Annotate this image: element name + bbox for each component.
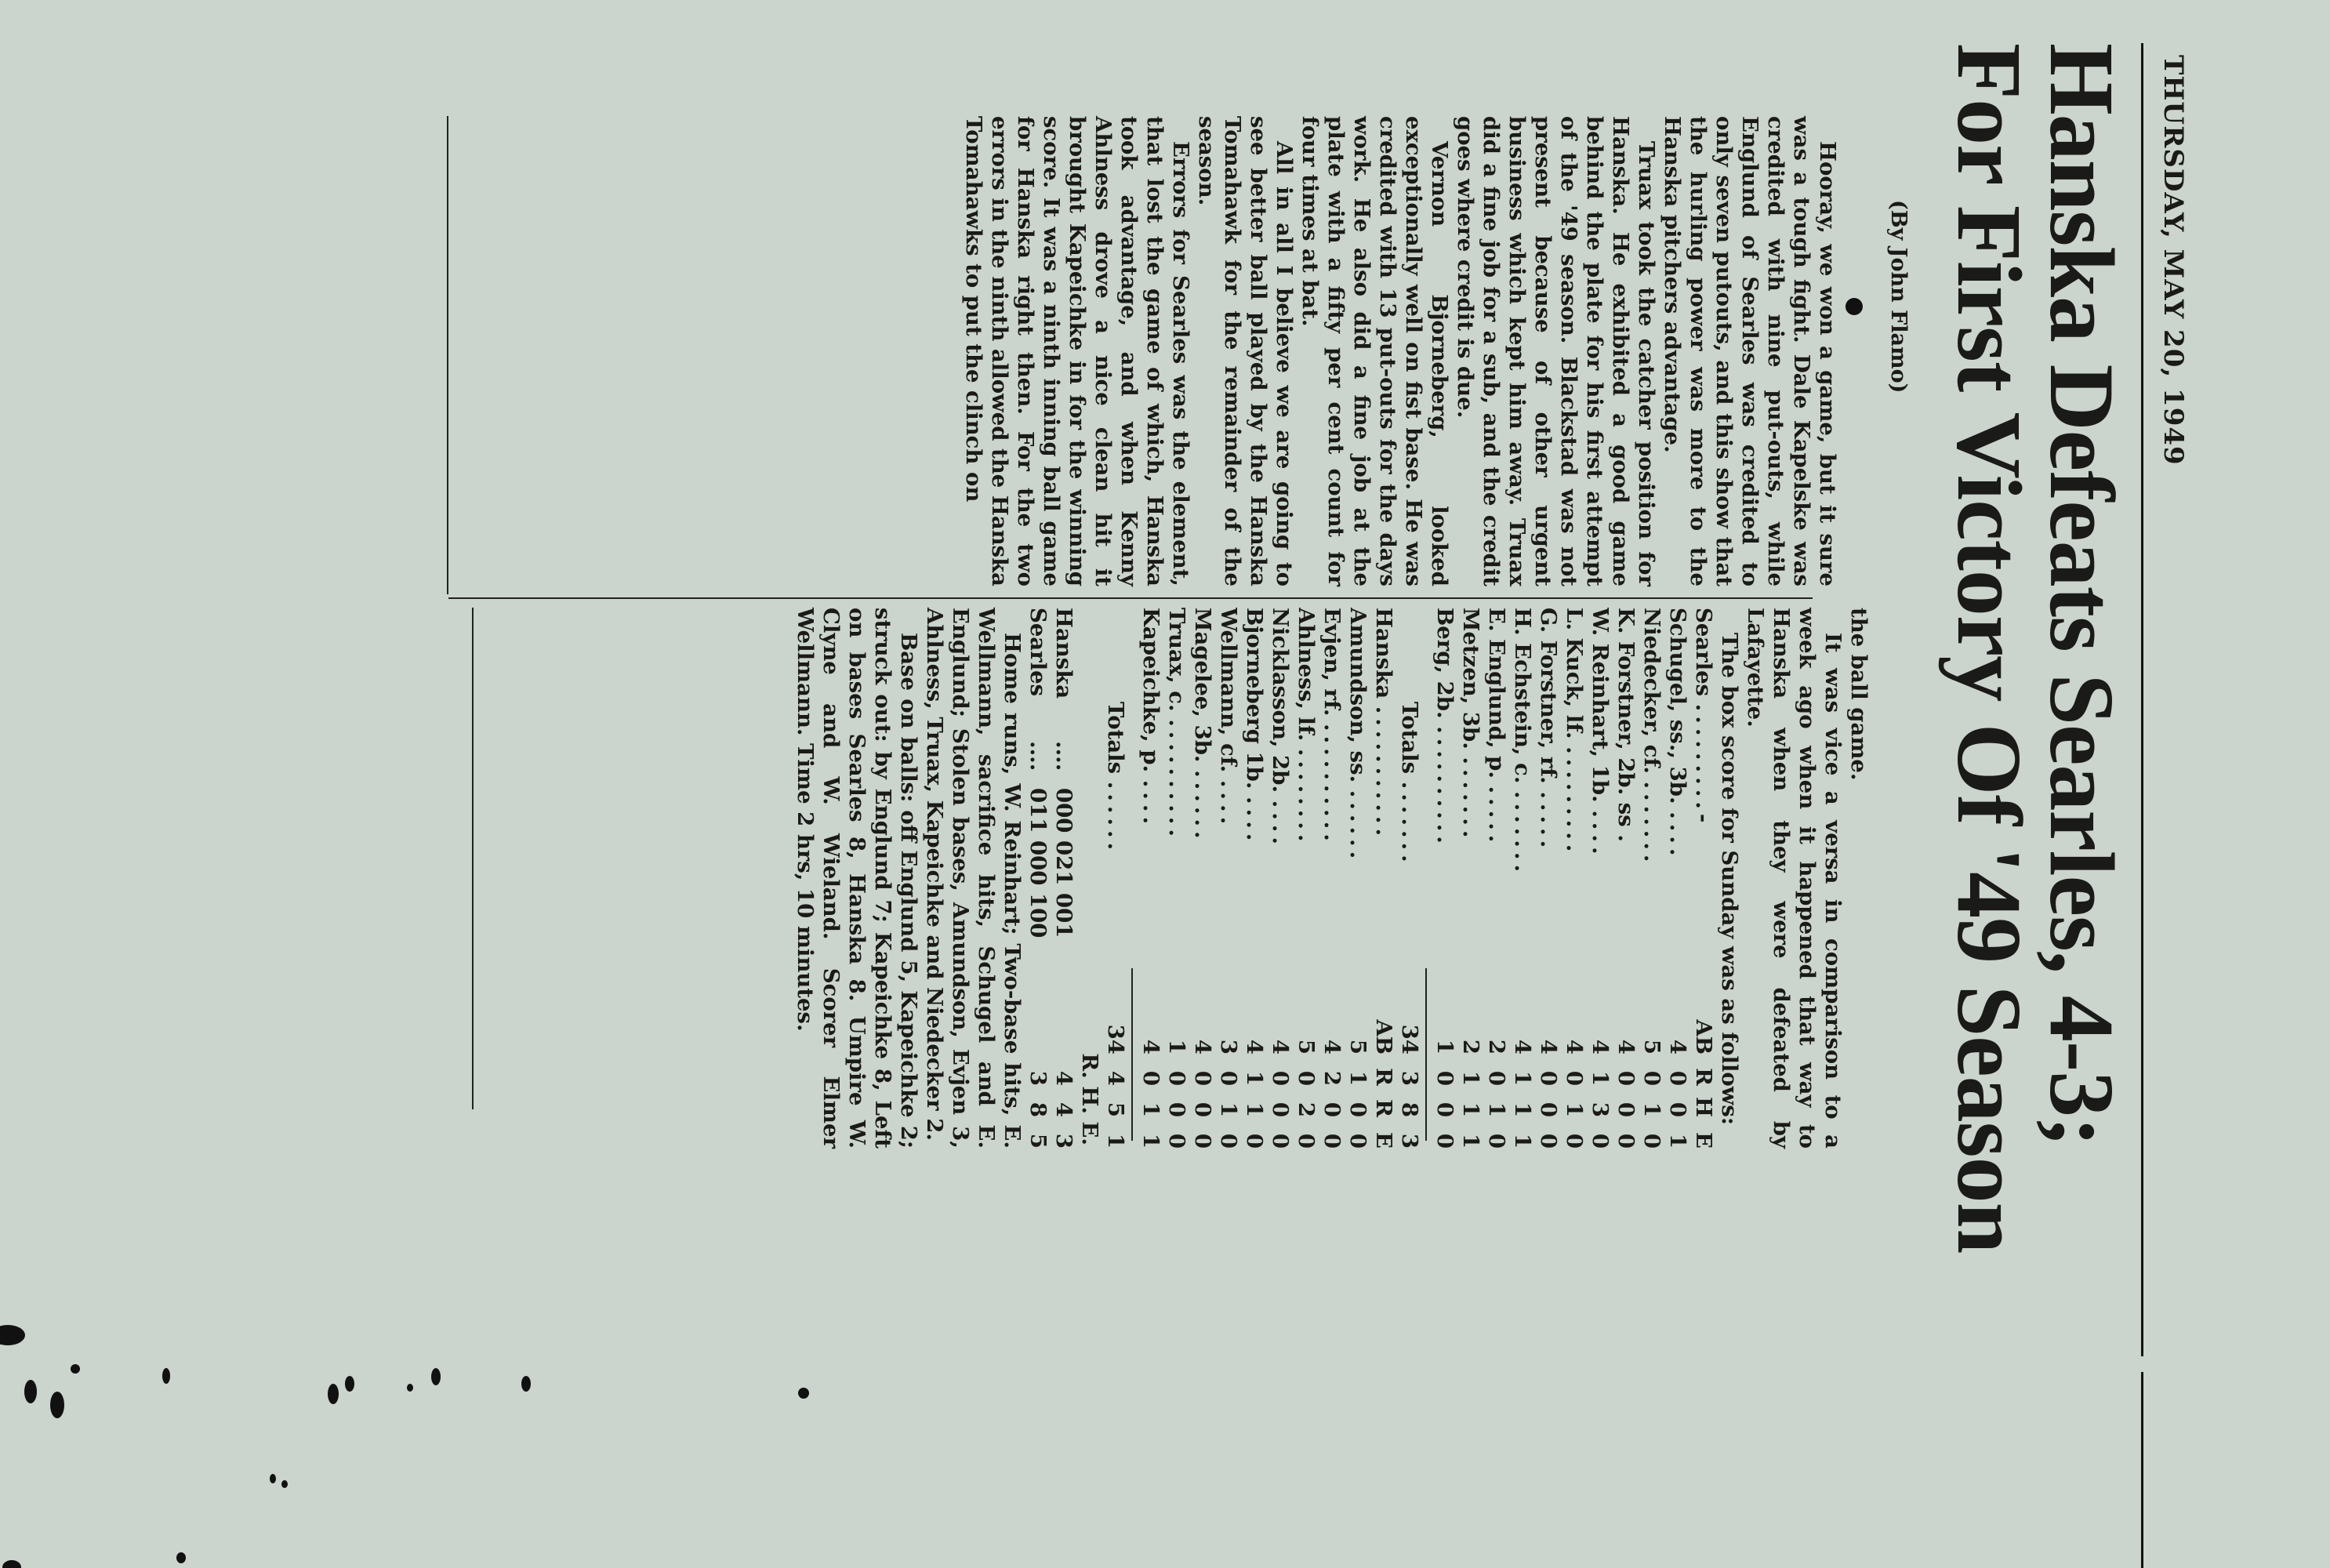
box-row: Evjen, rf. ..........4200 — [1319, 608, 1345, 1149]
box-row: Amundson, ss. ......5100 — [1345, 608, 1370, 1149]
box-row: Bjorneberg 1b. ....4110 — [1241, 608, 1267, 1149]
totals-rule — [1131, 968, 1133, 1141]
dateline: THURSDAY, MAY 20, 1949 — [2158, 55, 2189, 466]
team-name: Hanska ........... — [1370, 608, 1396, 1007]
box-row: Truax, c. ..........1000 — [1163, 608, 1189, 1149]
box-header-row: Hanska ........... AB R R E — [1370, 608, 1396, 1149]
box-row: K. Forstner, 2b. ss .4000 — [1613, 608, 1639, 1149]
headline-line-2: For First Victory Of '49 Season — [1943, 43, 2035, 1568]
line-score-row: Hanska....000 021 001443 — [1051, 608, 1076, 1149]
col-header: R — [1370, 1054, 1396, 1086]
box-row: Niedecker, cf. .......5010 — [1639, 608, 1664, 1149]
col-header: AB — [1370, 1007, 1396, 1054]
ink-spot — [270, 1474, 276, 1483]
box-header-row: Searles .........- AB R H E — [1690, 608, 1716, 1149]
col-header: R — [1690, 1054, 1716, 1086]
ink-spot — [2, 1560, 21, 1568]
paragraph: Hooray, we won a game, but it sure was a… — [1659, 116, 1840, 586]
paragraph: Vernon Bjorneberg, looked exceptionally … — [1297, 116, 1452, 586]
box-row: Magelee, 3b. ......4000 — [1189, 608, 1215, 1149]
bullet-dot-icon — [1845, 298, 1863, 315]
line-score: R. H. E. Hanska....000 021 001443 Searle… — [1025, 608, 1102, 1149]
column-2-end-rule — [472, 608, 474, 1109]
col-header: E — [1690, 1117, 1716, 1149]
summary-paragraph: Base on balls: off Englund 5, Kapeichke … — [792, 608, 921, 1149]
article-column-1: Hooray, we won a game, but it sure was a… — [960, 116, 1840, 586]
byline: (By John Flamo) — [1886, 200, 1911, 393]
ink-spot — [176, 1552, 186, 1563]
paragraph: The box score for Sunday was as follows: — [1716, 608, 1742, 1149]
ink-spot — [407, 1384, 413, 1392]
ink-spot — [24, 1380, 37, 1403]
ink-spot — [345, 1376, 354, 1392]
box-totals-row: Totals .......34383 — [1396, 608, 1422, 1149]
team-name: Searles .........- — [1690, 608, 1716, 1007]
newspaper-clipping: THURSDAY, MAY 20, 1949 Hanska Defeats Se… — [0, 0, 2330, 1568]
box-totals-row: Totals ......34451 — [1102, 608, 1128, 1149]
box-row: Berg, 2b. ..........1000 — [1432, 608, 1457, 1149]
paragraph: Truax took the catcher position for Hans… — [1452, 116, 1659, 586]
paragraph: All in all I believe we are going to see… — [1193, 116, 1297, 586]
box-row: E. Englund, p. .....2010 — [1483, 608, 1509, 1149]
box-row: Wellmann, cf. ....3010 — [1215, 608, 1241, 1149]
ink-spot — [281, 1480, 288, 1488]
ink-spot — [521, 1376, 531, 1392]
rule-gap — [2139, 1356, 2145, 1372]
ink-spot — [328, 1384, 339, 1404]
col-header: E — [1370, 1117, 1396, 1149]
line-score-row: Searles....011 000 100385 — [1025, 608, 1051, 1149]
searles-box-score: Searles .........- AB R H E Schugel, ss.… — [1396, 608, 1716, 1149]
box-row: Metzen, 3b. .......2111 — [1457, 608, 1483, 1149]
totals-rule — [1425, 968, 1427, 1141]
header-rule — [2141, 43, 2143, 1568]
ink-spot — [0, 1325, 25, 1345]
line-score-header: R. H. E. — [1076, 608, 1102, 1149]
col-header: H — [1690, 1086, 1716, 1117]
headline-line-1: Hanska Defeats Searles, 4-3; — [2035, 43, 2128, 1568]
ink-spot — [71, 1364, 80, 1374]
box-row: Nicklasson, 2b. ....4000 — [1267, 608, 1293, 1149]
col-header: AB — [1690, 1007, 1716, 1054]
box-row: Schugel, ss., 3b. ....4001 — [1664, 608, 1690, 1149]
paragraph: It was vice a versa in comparison to a w… — [1742, 608, 1845, 1149]
headline: Hanska Defeats Searles, 4-3; For First V… — [1943, 43, 2128, 1568]
box-row: H. Echstein, c. .......4111 — [1509, 608, 1535, 1149]
box-row: W. Reinhart, 1b. ....4130 — [1587, 608, 1613, 1149]
hanska-box-score: Hanska ........... AB R R E Amundson, ss… — [1102, 608, 1396, 1149]
box-row: L. Kuck, lf. .........4010 — [1561, 608, 1587, 1149]
ink-spot — [431, 1368, 441, 1385]
ink-spot — [50, 1392, 64, 1418]
box-row: Ahlness, lf. ........5020 — [1293, 608, 1319, 1149]
paragraph: Errors for Searles was the element, that… — [960, 116, 1193, 586]
ink-spot — [798, 1388, 809, 1399]
box-row: G. Forstner, rf. .....4000 — [1535, 608, 1561, 1149]
column-divider — [448, 597, 1813, 599]
article-column-2: the ball game. It was vice a versa in co… — [792, 608, 1871, 1149]
box-row: Kapeichke, p. ....4011 — [1138, 608, 1163, 1149]
ink-spot — [162, 1368, 170, 1384]
col-header: R — [1370, 1086, 1396, 1117]
summary-paragraph: Home runs, W. Reinhart; Two-base hits, E… — [921, 608, 1025, 1149]
column-1-end-rule — [447, 116, 448, 594]
continuation-text: the ball game. — [1845, 608, 1871, 1149]
